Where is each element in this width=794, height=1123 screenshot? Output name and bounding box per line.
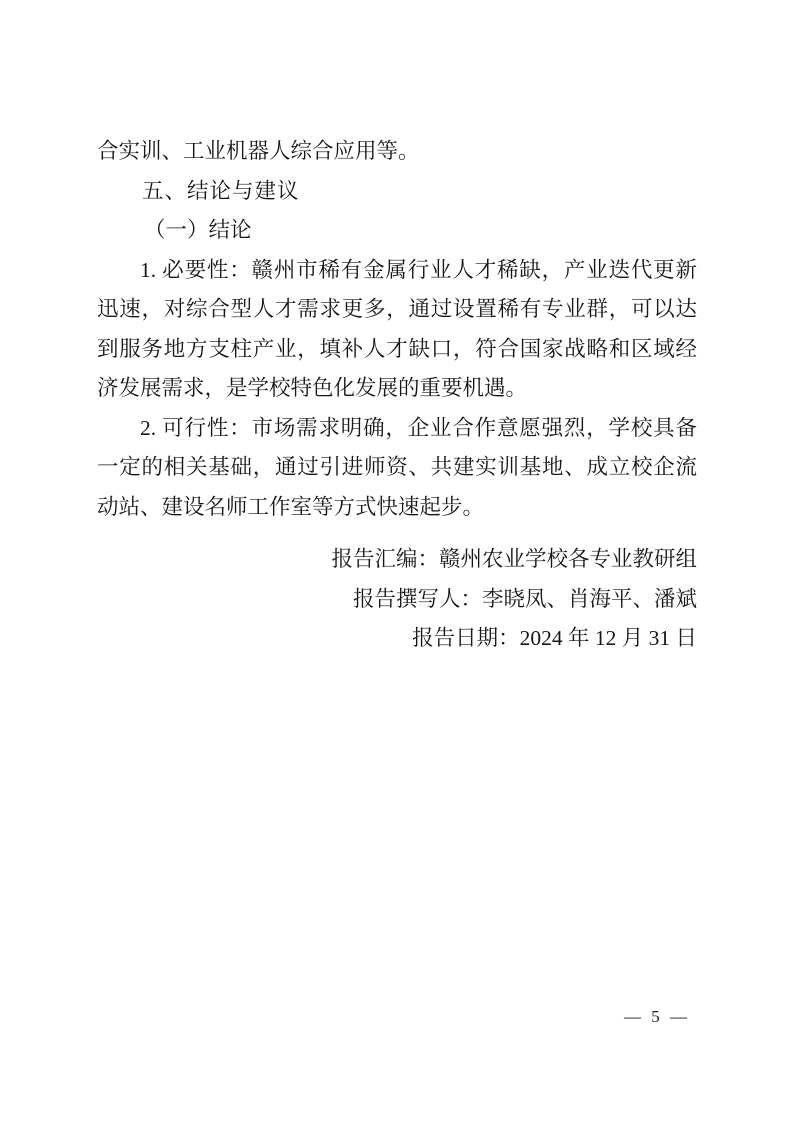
sub-heading-conclusion: （一）结论 bbox=[97, 211, 697, 251]
report-authors-line: 报告撰写人：李晓凤、肖海平、潘斌 bbox=[97, 580, 697, 620]
paragraph-feasibility: 2. 可行性：市场需求明确，企业合作意愿强烈，学校具备一定的相关基础，通过引进师… bbox=[97, 409, 697, 528]
report-date-line: 报告日期：2024 年 12 月 31 日 bbox=[97, 619, 697, 659]
signature-block: 报告汇编：赣州农业学校各专业教研组 报告撰写人：李晓凤、肖海平、潘斌 报告日期：… bbox=[97, 540, 697, 659]
report-compiler-line: 报告汇编：赣州农业学校各专业教研组 bbox=[97, 540, 697, 580]
paragraph-continuation: 合实训、工业机器人综合应用等。 bbox=[97, 132, 697, 172]
paragraph-necessity: 1. 必要性：赣州市稀有金属行业人才稀缺，产业迭代更新迅速，对综合型人才需求更多… bbox=[97, 251, 697, 409]
section-heading-conclusion-and-suggestions: 五、结论与建议 bbox=[97, 172, 697, 212]
document-page: 合实训、工业机器人综合应用等。 五、结论与建议 （一）结论 1. 必要性：赣州市… bbox=[0, 0, 794, 1123]
page-number: — 5 — bbox=[624, 1004, 690, 1030]
page-content: 合实训、工业机器人综合应用等。 五、结论与建议 （一）结论 1. 必要性：赣州市… bbox=[97, 132, 697, 659]
